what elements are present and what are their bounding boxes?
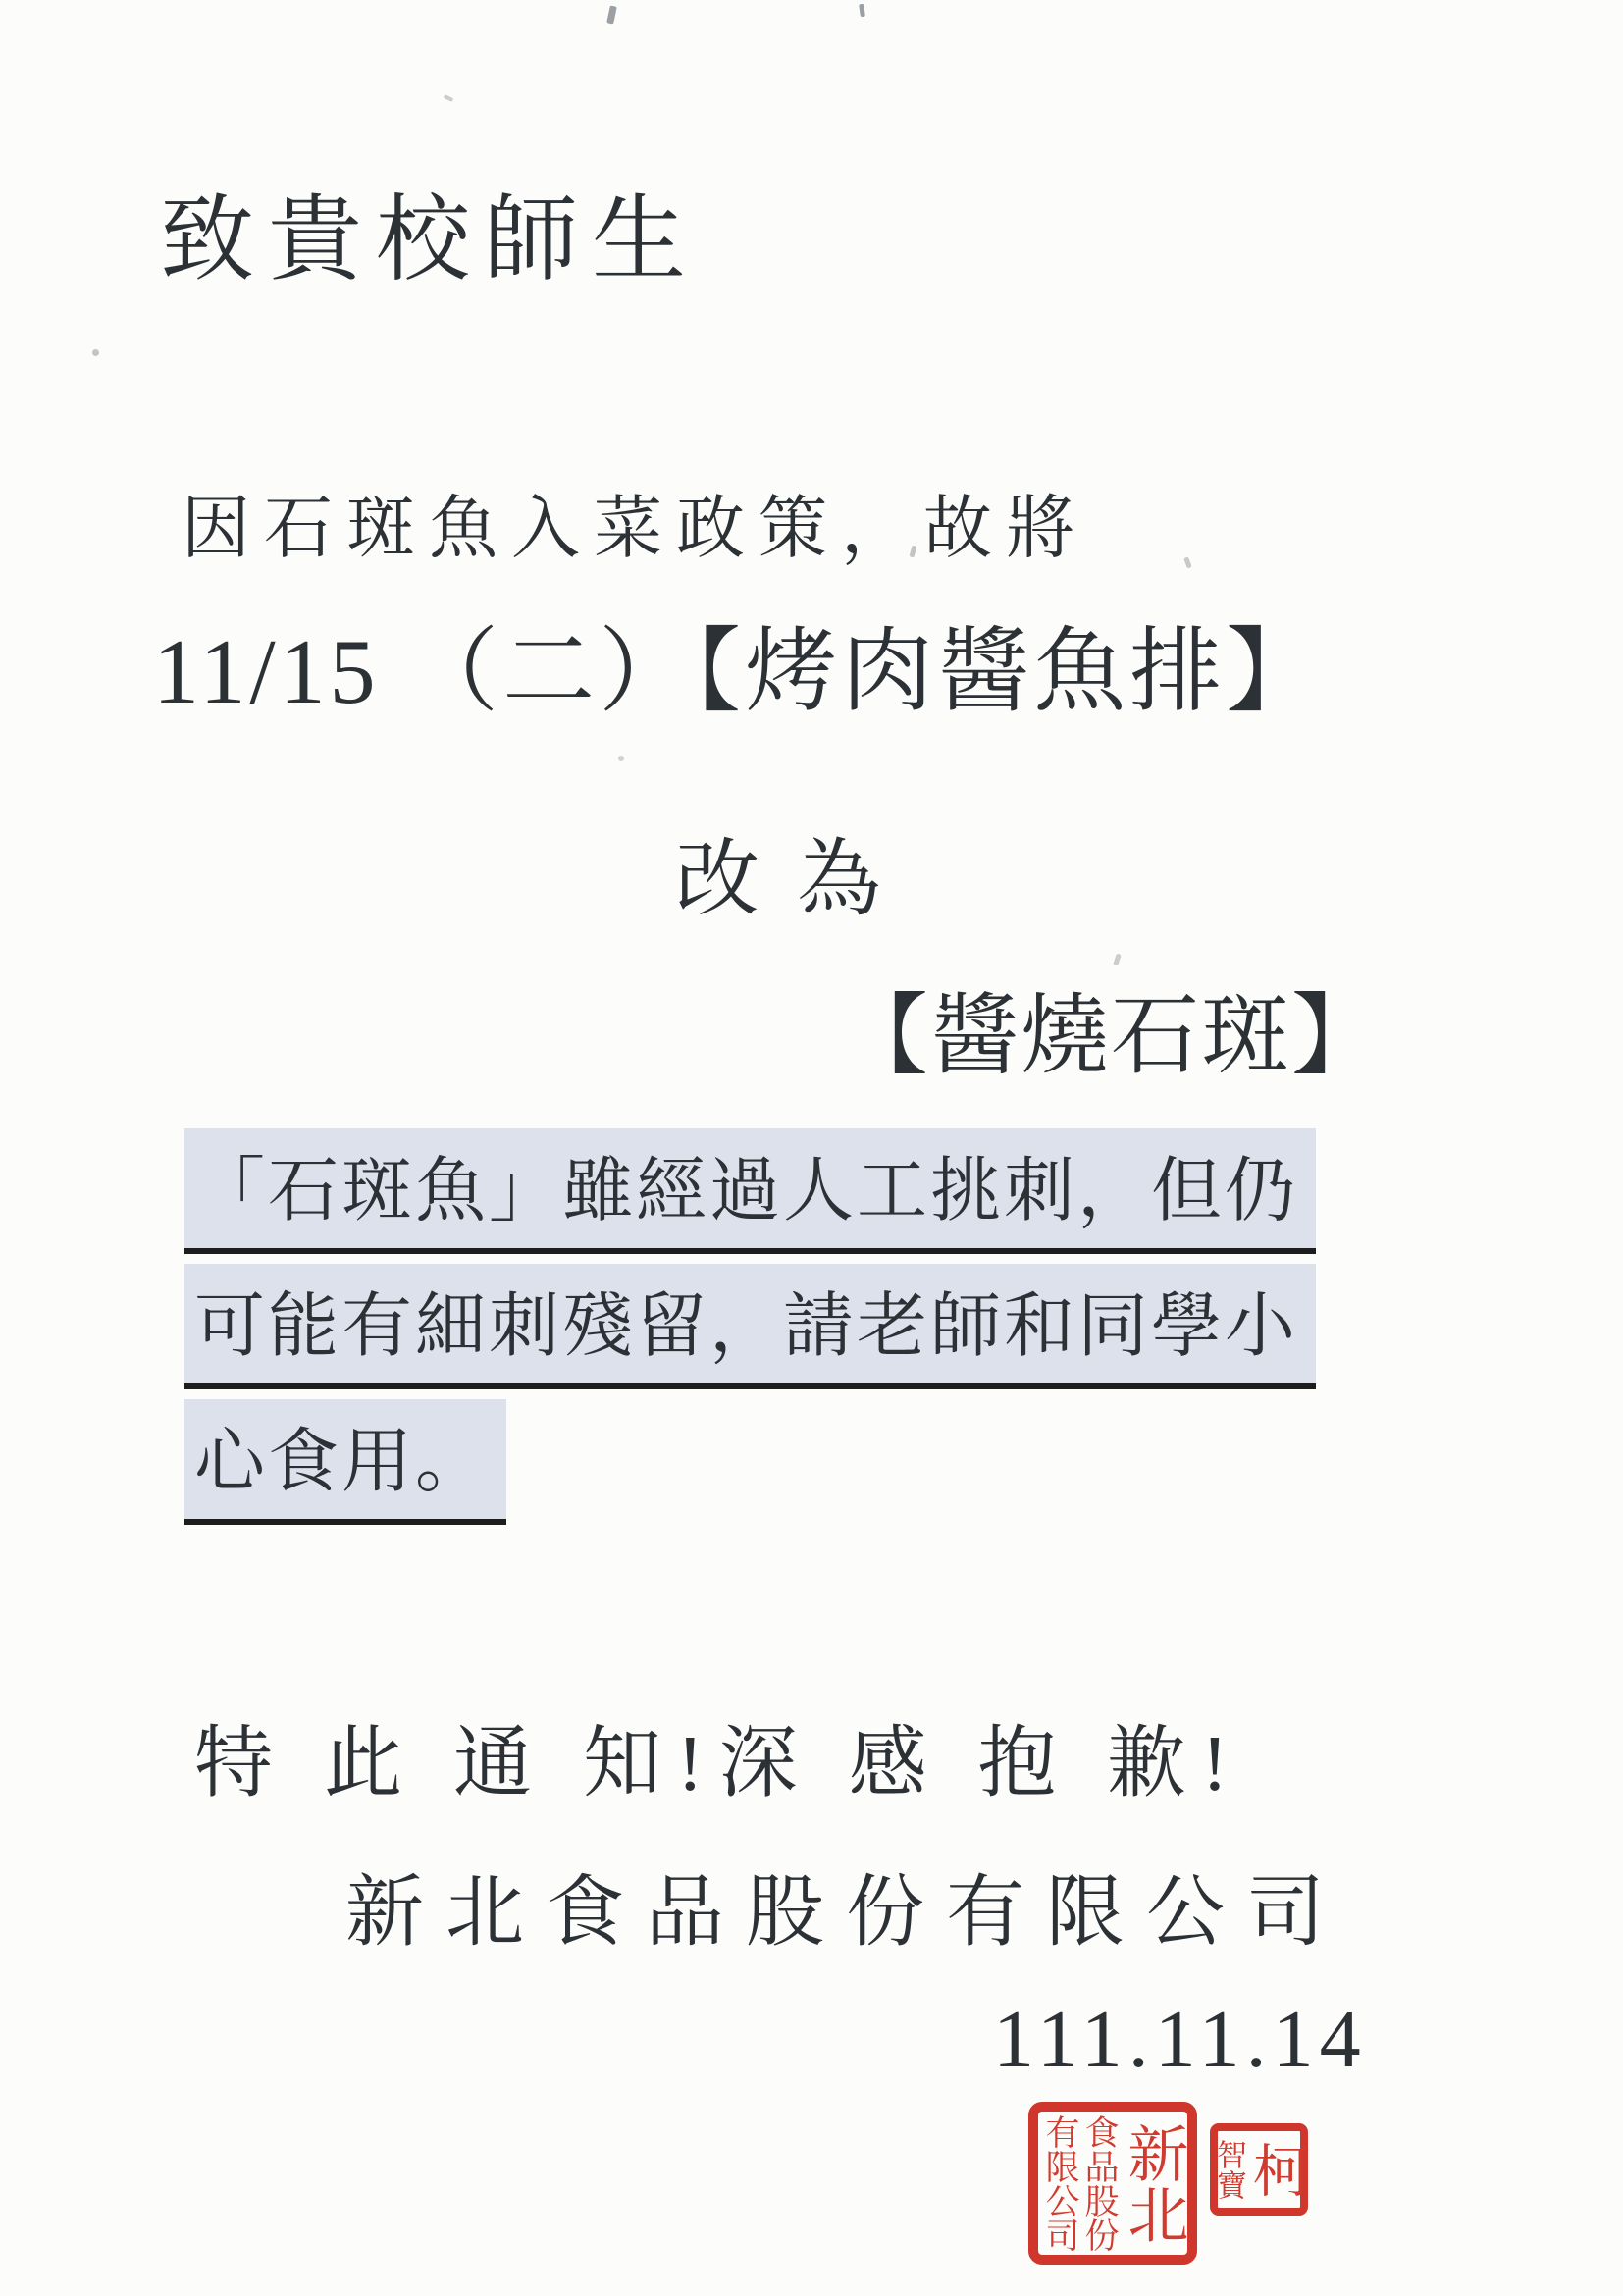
date: 111.11.14 xyxy=(993,1992,1367,2087)
warning-line: 「石斑魚」雖經過人工挑刺，但仍 xyxy=(184,1128,1316,1254)
company-name: 新北食品股份有限公司 xyxy=(345,1849,1346,1961)
scan-speck xyxy=(618,756,624,761)
original-menu-item-line: 11/15 （二）【烤肉醬魚排】 xyxy=(153,597,1322,729)
notice-apology-line: 特 此 通 知!深 感 抱 歉! xyxy=(194,1699,1243,1812)
scan-speck xyxy=(859,4,865,18)
personal-seal-column-right: 柯 xyxy=(1247,2141,1304,2198)
company-seal-column-left: 有限公司 xyxy=(1043,2114,1077,2252)
personal-seal-column-left: 智寶 xyxy=(1214,2139,1244,2200)
change-to-label: 改為 xyxy=(675,810,918,932)
warning-line: 心食用。 xyxy=(184,1399,506,1525)
warning-paragraph: 「石斑魚」雖經過人工挑刺，但仍 可能有細刺殘留，請老師和同學小 心食用。 xyxy=(184,1128,1401,1535)
company-seal-column-right: 新北 xyxy=(1122,2122,1182,2244)
scan-speck xyxy=(1183,556,1191,568)
company-seal-column-middle: 食品股份 xyxy=(1082,2114,1117,2252)
scanned-notice-page: 致貴校師生 因石斑魚入菜政策，故將 11/15 （二）【烤肉醬魚排】 改為 【醬… xyxy=(0,0,1623,2296)
new-menu-item-line: 【醬燒石斑】 xyxy=(840,964,1382,1091)
page-title: 致貴校師生 xyxy=(160,165,700,299)
intro-line: 因石斑魚入菜政策，故將 xyxy=(182,473,1088,572)
scan-speck xyxy=(92,349,99,356)
company-seal-stamp: 有限公司 食品股份 新北 xyxy=(1028,2102,1197,2265)
warning-line: 可能有細刺殘留，請老師和同學小 xyxy=(184,1264,1316,1389)
personal-seal-stamp: 智寶 柯 xyxy=(1210,2123,1308,2216)
scan-speck xyxy=(606,5,617,24)
scan-speck xyxy=(444,94,454,102)
